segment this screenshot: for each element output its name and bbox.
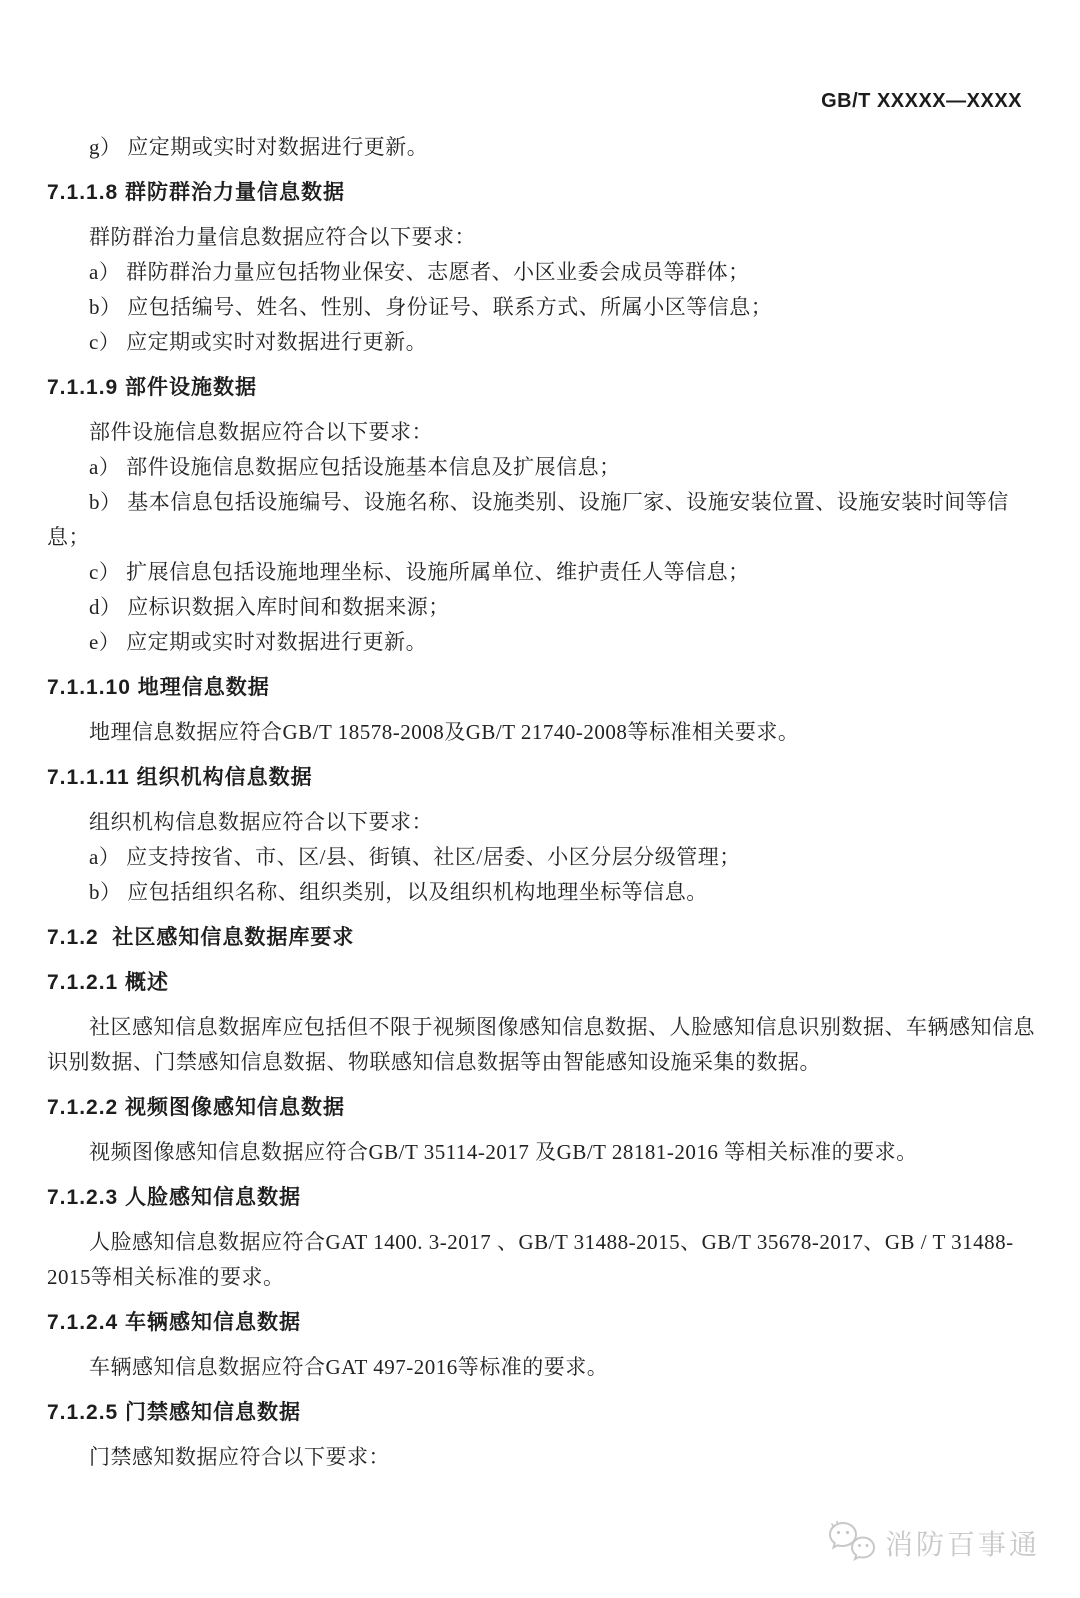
heading-7-1-1-9: 7.1.1.9 部件设施数据: [47, 370, 1035, 405]
list-item: g） 应定期或实时对数据进行更新。: [47, 130, 1035, 165]
list-item: d） 应标识数据入库时间和数据来源；: [47, 590, 1035, 625]
list-item: e） 应定期或实时对数据进行更新。: [47, 625, 1035, 660]
paragraph: 群防群治力量信息数据应符合以下要求：: [47, 220, 1035, 255]
heading-7-1-2-3: 7.1.2.3 人脸感知信息数据: [47, 1180, 1035, 1215]
paragraph: 视频图像感知信息数据应符合GB/T 35114-2017 及GB/T 28181…: [47, 1135, 1035, 1170]
list-item: c） 应定期或实时对数据进行更新。: [47, 325, 1035, 360]
paragraph: 部件设施信息数据应符合以下要求：: [47, 415, 1035, 450]
paragraph: 组织机构信息数据应符合以下要求：: [47, 805, 1035, 840]
list-item: a） 部件设施信息数据应包括设施基本信息及扩展信息；: [47, 450, 1035, 485]
chat-bubbles-icon: [826, 1520, 878, 1566]
standard-number: GB/T XXXXX—XXXX: [821, 90, 1022, 113]
heading-7-1-2-4: 7.1.2.4 车辆感知信息数据: [47, 1305, 1035, 1340]
paragraph: 人脸感知信息数据应符合GAT 1400. 3-2017 、GB/T 31488-…: [47, 1225, 1035, 1295]
list-item: b） 基本信息包括设施编号、设施名称、设施类别、设施厂家、设施安装位置、设施安装…: [47, 485, 1035, 555]
heading-7-1-2-1: 7.1.2.1 概述: [47, 965, 1035, 1000]
list-item: c） 扩展信息包括设施地理坐标、设施所属单位、维护责任人等信息；: [47, 555, 1035, 590]
list-item: b） 应包括编号、姓名、性别、身份证号、联系方式、所属小区等信息；: [47, 290, 1035, 325]
paragraph: 门禁感知数据应符合以下要求：: [47, 1440, 1035, 1475]
heading-7-1-1-11: 7.1.1.11 组织机构信息数据: [47, 760, 1035, 795]
watermark: 消防百事通: [826, 1520, 1040, 1566]
heading-7-1-1-10: 7.1.1.10 地理信息数据: [47, 670, 1035, 705]
heading-7-1-2-2: 7.1.2.2 视频图像感知信息数据: [47, 1090, 1035, 1125]
document-page: GB/T XXXXX—XXXX g） 应定期或实时对数据进行更新。 7.1.1.…: [0, 0, 1080, 1598]
heading-7-1-2-5: 7.1.2.5 门禁感知信息数据: [47, 1395, 1035, 1430]
heading-7-1-2: 7.1.2 社区感知信息数据库要求: [47, 920, 1035, 955]
list-item: a） 应支持按省、市、区/县、街镇、社区/居委、小区分层分级管理；: [47, 840, 1035, 875]
paragraph: 社区感知信息数据库应包括但不限于视频图像感知信息数据、人脸感知信息识别数据、车辆…: [47, 1010, 1035, 1080]
watermark-text: 消防百事通: [885, 1523, 1040, 1563]
document-body: g） 应定期或实时对数据进行更新。 7.1.1.8 群防群治力量信息数据 群防群…: [47, 130, 1035, 1475]
paragraph: 地理信息数据应符合GB/T 18578-2008及GB/T 21740-2008…: [47, 715, 1035, 750]
paragraph: 车辆感知信息数据应符合GAT 497-2016等标准的要求。: [47, 1350, 1035, 1385]
list-item: b） 应包括组织名称、组织类别，以及组织机构地理坐标等信息。: [47, 875, 1035, 910]
list-item: a） 群防群治力量应包括物业保安、志愿者、小区业委会成员等群体；: [47, 255, 1035, 290]
heading-7-1-1-8: 7.1.1.8 群防群治力量信息数据: [47, 175, 1035, 210]
